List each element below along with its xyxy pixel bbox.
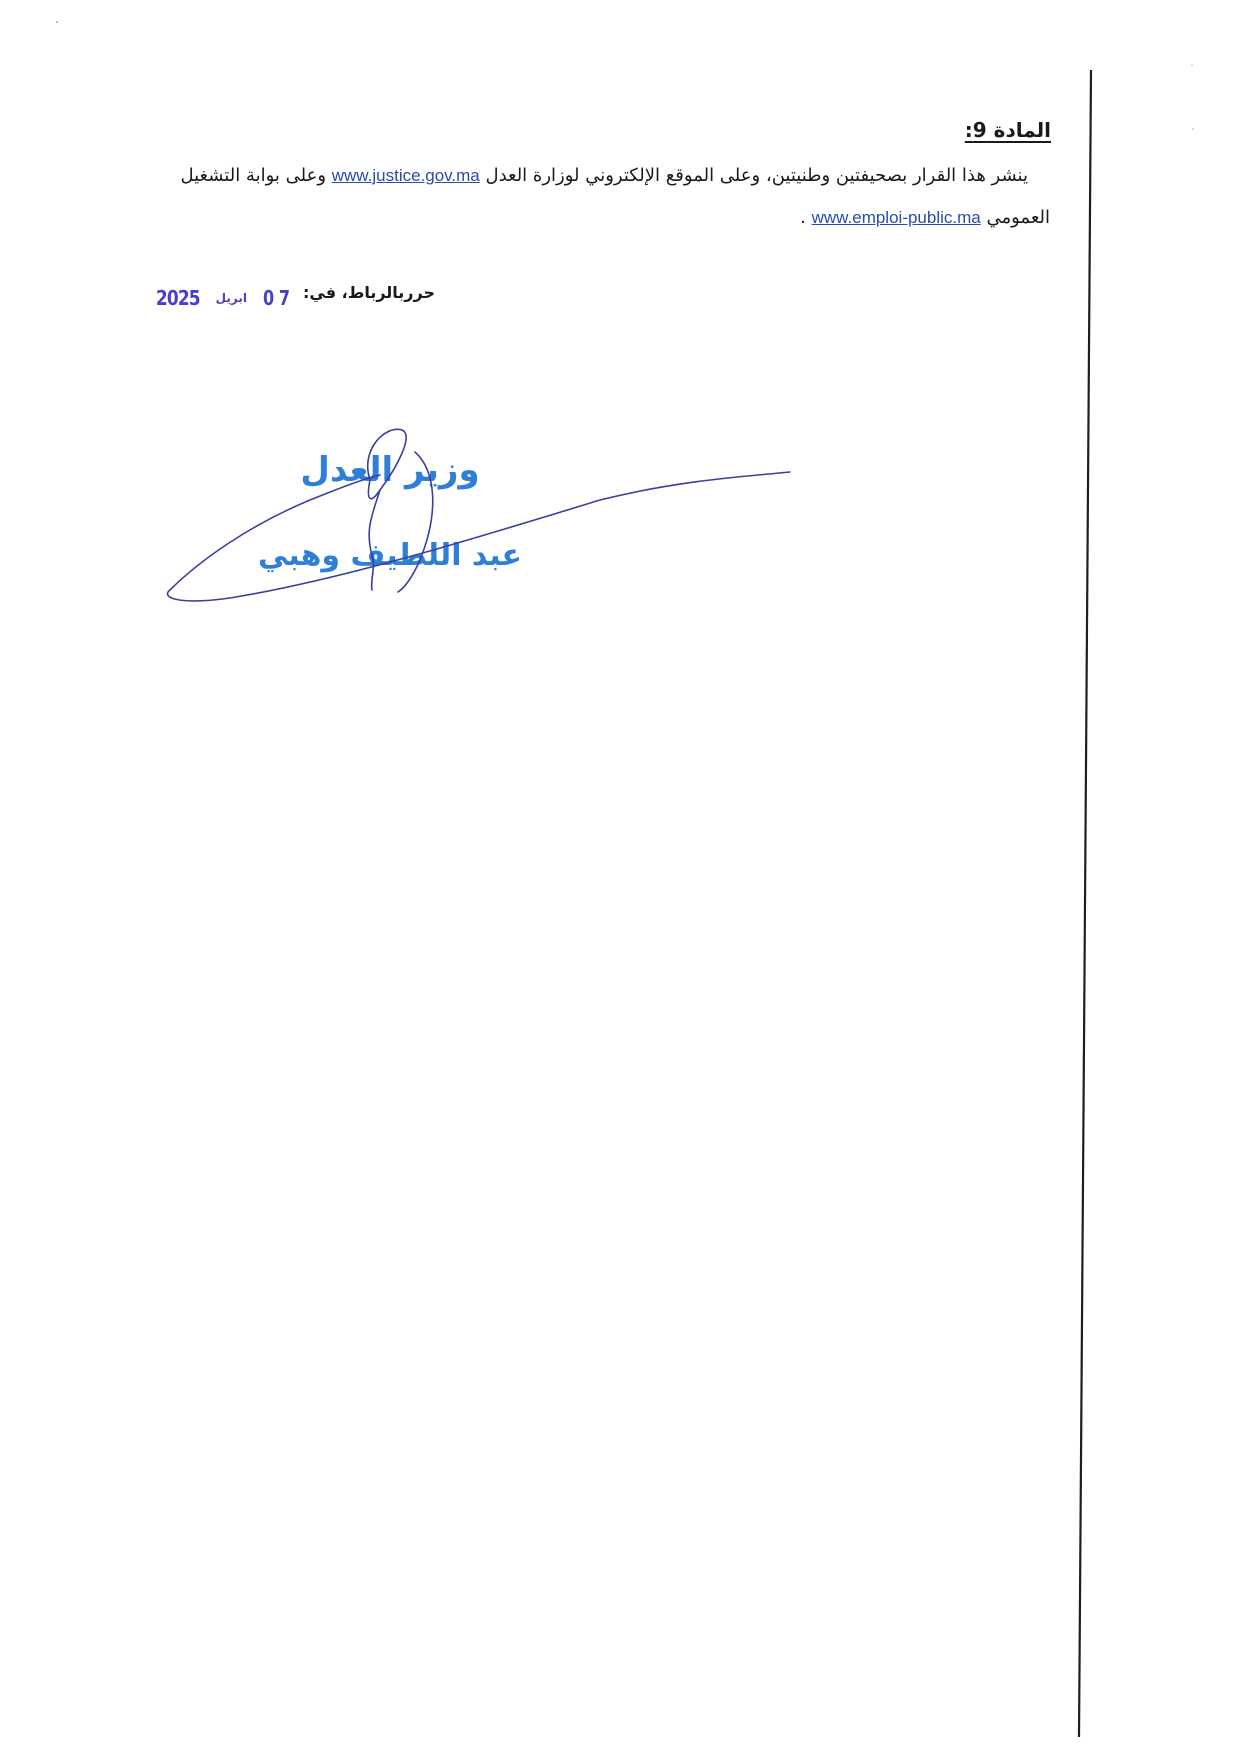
signed-at-label: حرربالرباط، في: <box>303 283 435 302</box>
date-stamp-year: 2025 <box>156 286 200 310</box>
handwritten-signature <box>140 420 800 620</box>
article-text-part1: ينشر هذا القرار بصحيفتين وطنيتين، وعلى ا… <box>480 165 1028 186</box>
article-body: ينشر هذا القرار بصحيفتين وطنيتين، وعلى ا… <box>120 155 1050 239</box>
emploi-public-link[interactable]: www.emploi-public.ma <box>812 208 981 227</box>
scan-speck <box>56 21 58 23</box>
date-stamp: 2025 ابريل 07 <box>152 286 299 310</box>
document-page: المادة 9: ينشر هذا القرار بصحيفتين وطنيت… <box>0 0 1240 1754</box>
scan-speck <box>1192 128 1194 130</box>
margin-rule <box>0 0 1240 1754</box>
date-stamp-month: ابريل <box>216 291 247 305</box>
article-heading: المادة 9: <box>965 118 1051 142</box>
article-text-end: . <box>800 207 811 228</box>
date-stamp-day: 07 <box>263 286 295 310</box>
signature-block: وزير العدل عبد اللطيف وهبي <box>140 420 800 620</box>
justice-website-link[interactable]: www.justice.gov.ma <box>332 166 480 185</box>
scan-speck <box>1191 64 1193 66</box>
